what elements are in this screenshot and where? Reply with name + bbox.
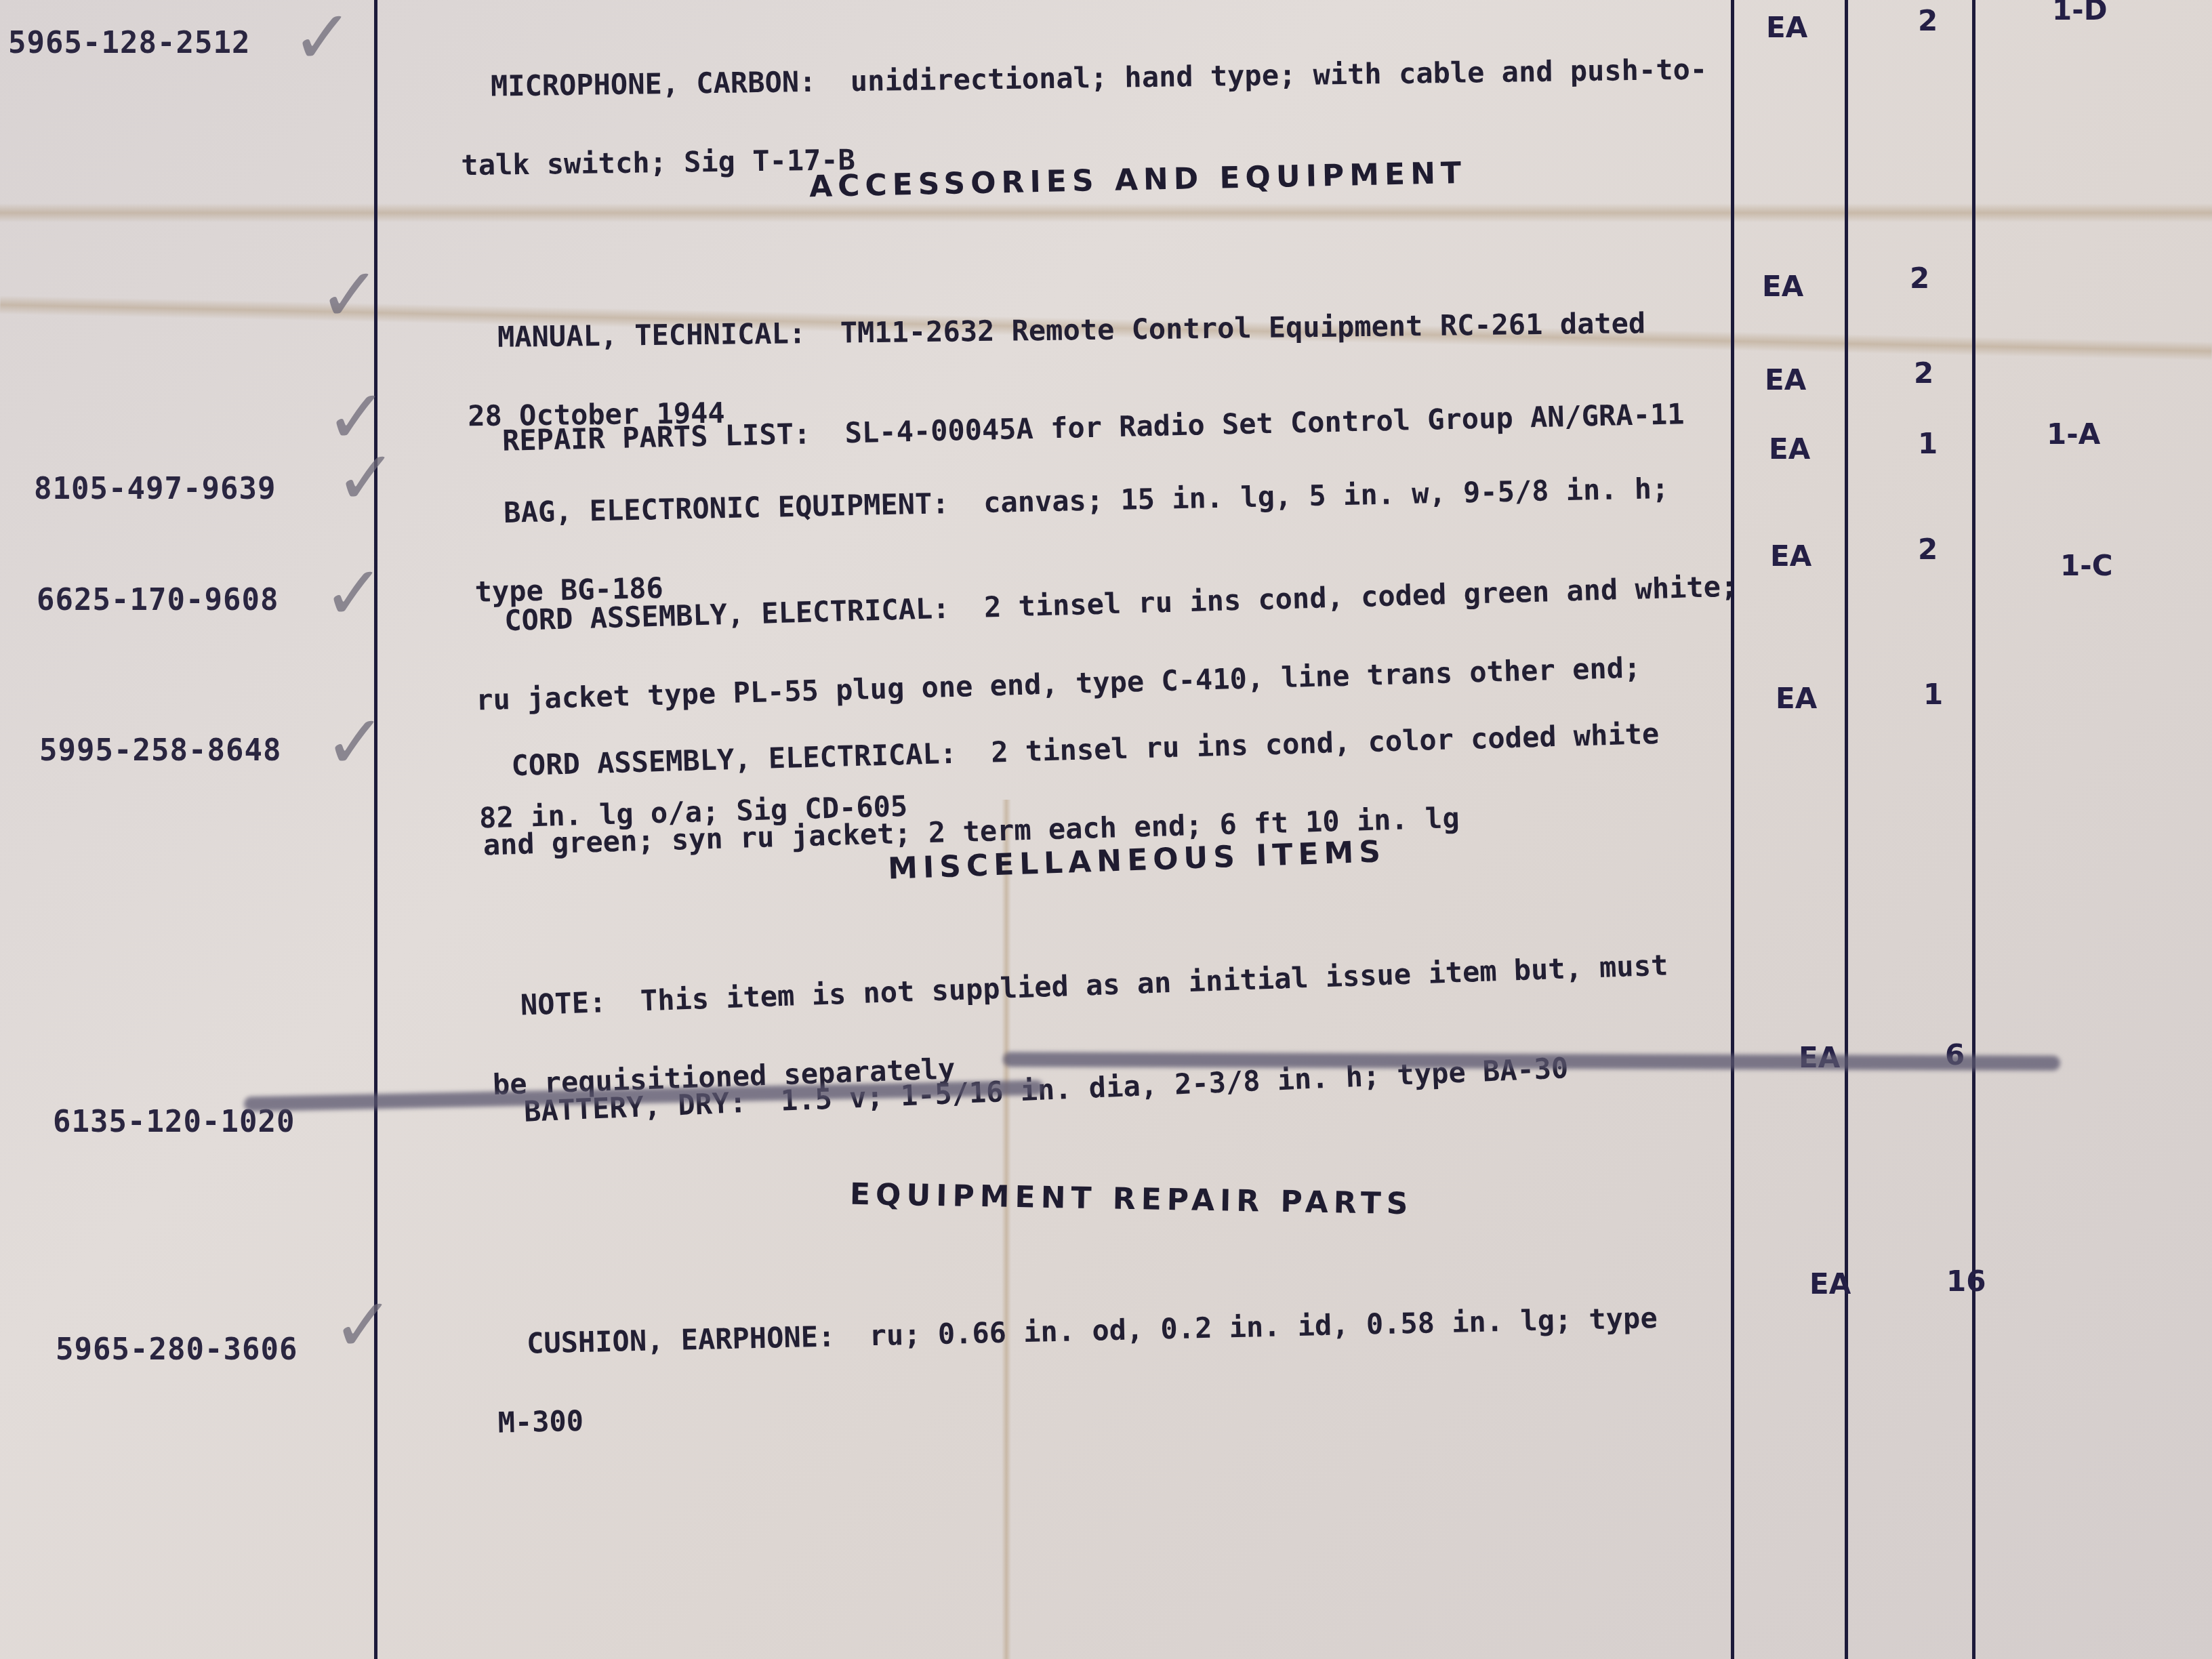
- illustration-ref: 1-C: [2060, 549, 2112, 582]
- unit-of-measure: EA: [1769, 432, 1810, 466]
- check-mark-icon: ✓: [324, 705, 386, 779]
- check-mark-icon: ✓: [323, 556, 385, 630]
- stock-number: 8105-497-9639: [34, 472, 276, 506]
- section-heading-repair: EQUIPMENT REPAIR PARTS: [850, 1177, 1414, 1222]
- stock-number: 6625-170-9608: [37, 583, 279, 617]
- quantity: 16: [1946, 1265, 1986, 1298]
- check-mark-icon: ✓: [332, 1288, 394, 1362]
- unit-of-measure: EA: [1762, 270, 1803, 303]
- quantity: 2: [1914, 356, 1933, 390]
- column-rule: [374, 0, 377, 1659]
- column-rule: [1845, 0, 1848, 1659]
- stock-number: 5995-258-8648: [39, 733, 281, 768]
- unit-of-measure: EA: [1770, 539, 1811, 573]
- item-description: CORD ASSEMBLY, ELECTRICAL: 2 tinsel ru i…: [441, 675, 1664, 945]
- quantity: 1: [1918, 427, 1938, 460]
- illustration-ref: 1-D: [2052, 0, 2108, 26]
- quantity: 2: [1918, 533, 1938, 566]
- unit-of-measure: EA: [1809, 1267, 1851, 1300]
- quantity: 2: [1910, 262, 1929, 295]
- check-mark-icon: ✓: [319, 258, 381, 332]
- unit-of-measure: EA: [1776, 682, 1817, 715]
- parts-list-page: 5965-128-2512 ✓ MICROPHONE, CARBON: unid…: [0, 0, 2212, 1659]
- quantity: 1: [1923, 678, 1943, 711]
- item-description: CUSHION, EARPHONE: ru; 0.66 in. od, 0.2 …: [457, 1259, 1661, 1522]
- quantity: 2: [1918, 4, 1938, 37]
- column-rule: [1972, 0, 1975, 1659]
- stock-number: 5965-128-2512: [8, 26, 250, 60]
- item-description: MICROPHONE, CARBON: unidirectional; hand…: [422, 11, 1710, 264]
- stock-number: 5965-280-3606: [56, 1332, 298, 1367]
- check-mark-icon: ✓: [291, 0, 354, 75]
- unit-of-measure: EA: [1766, 11, 1807, 44]
- illustration-ref: 1-A: [2047, 417, 2100, 451]
- check-mark-icon: ✓: [335, 441, 397, 515]
- unit-of-measure: EA: [1765, 363, 1806, 396]
